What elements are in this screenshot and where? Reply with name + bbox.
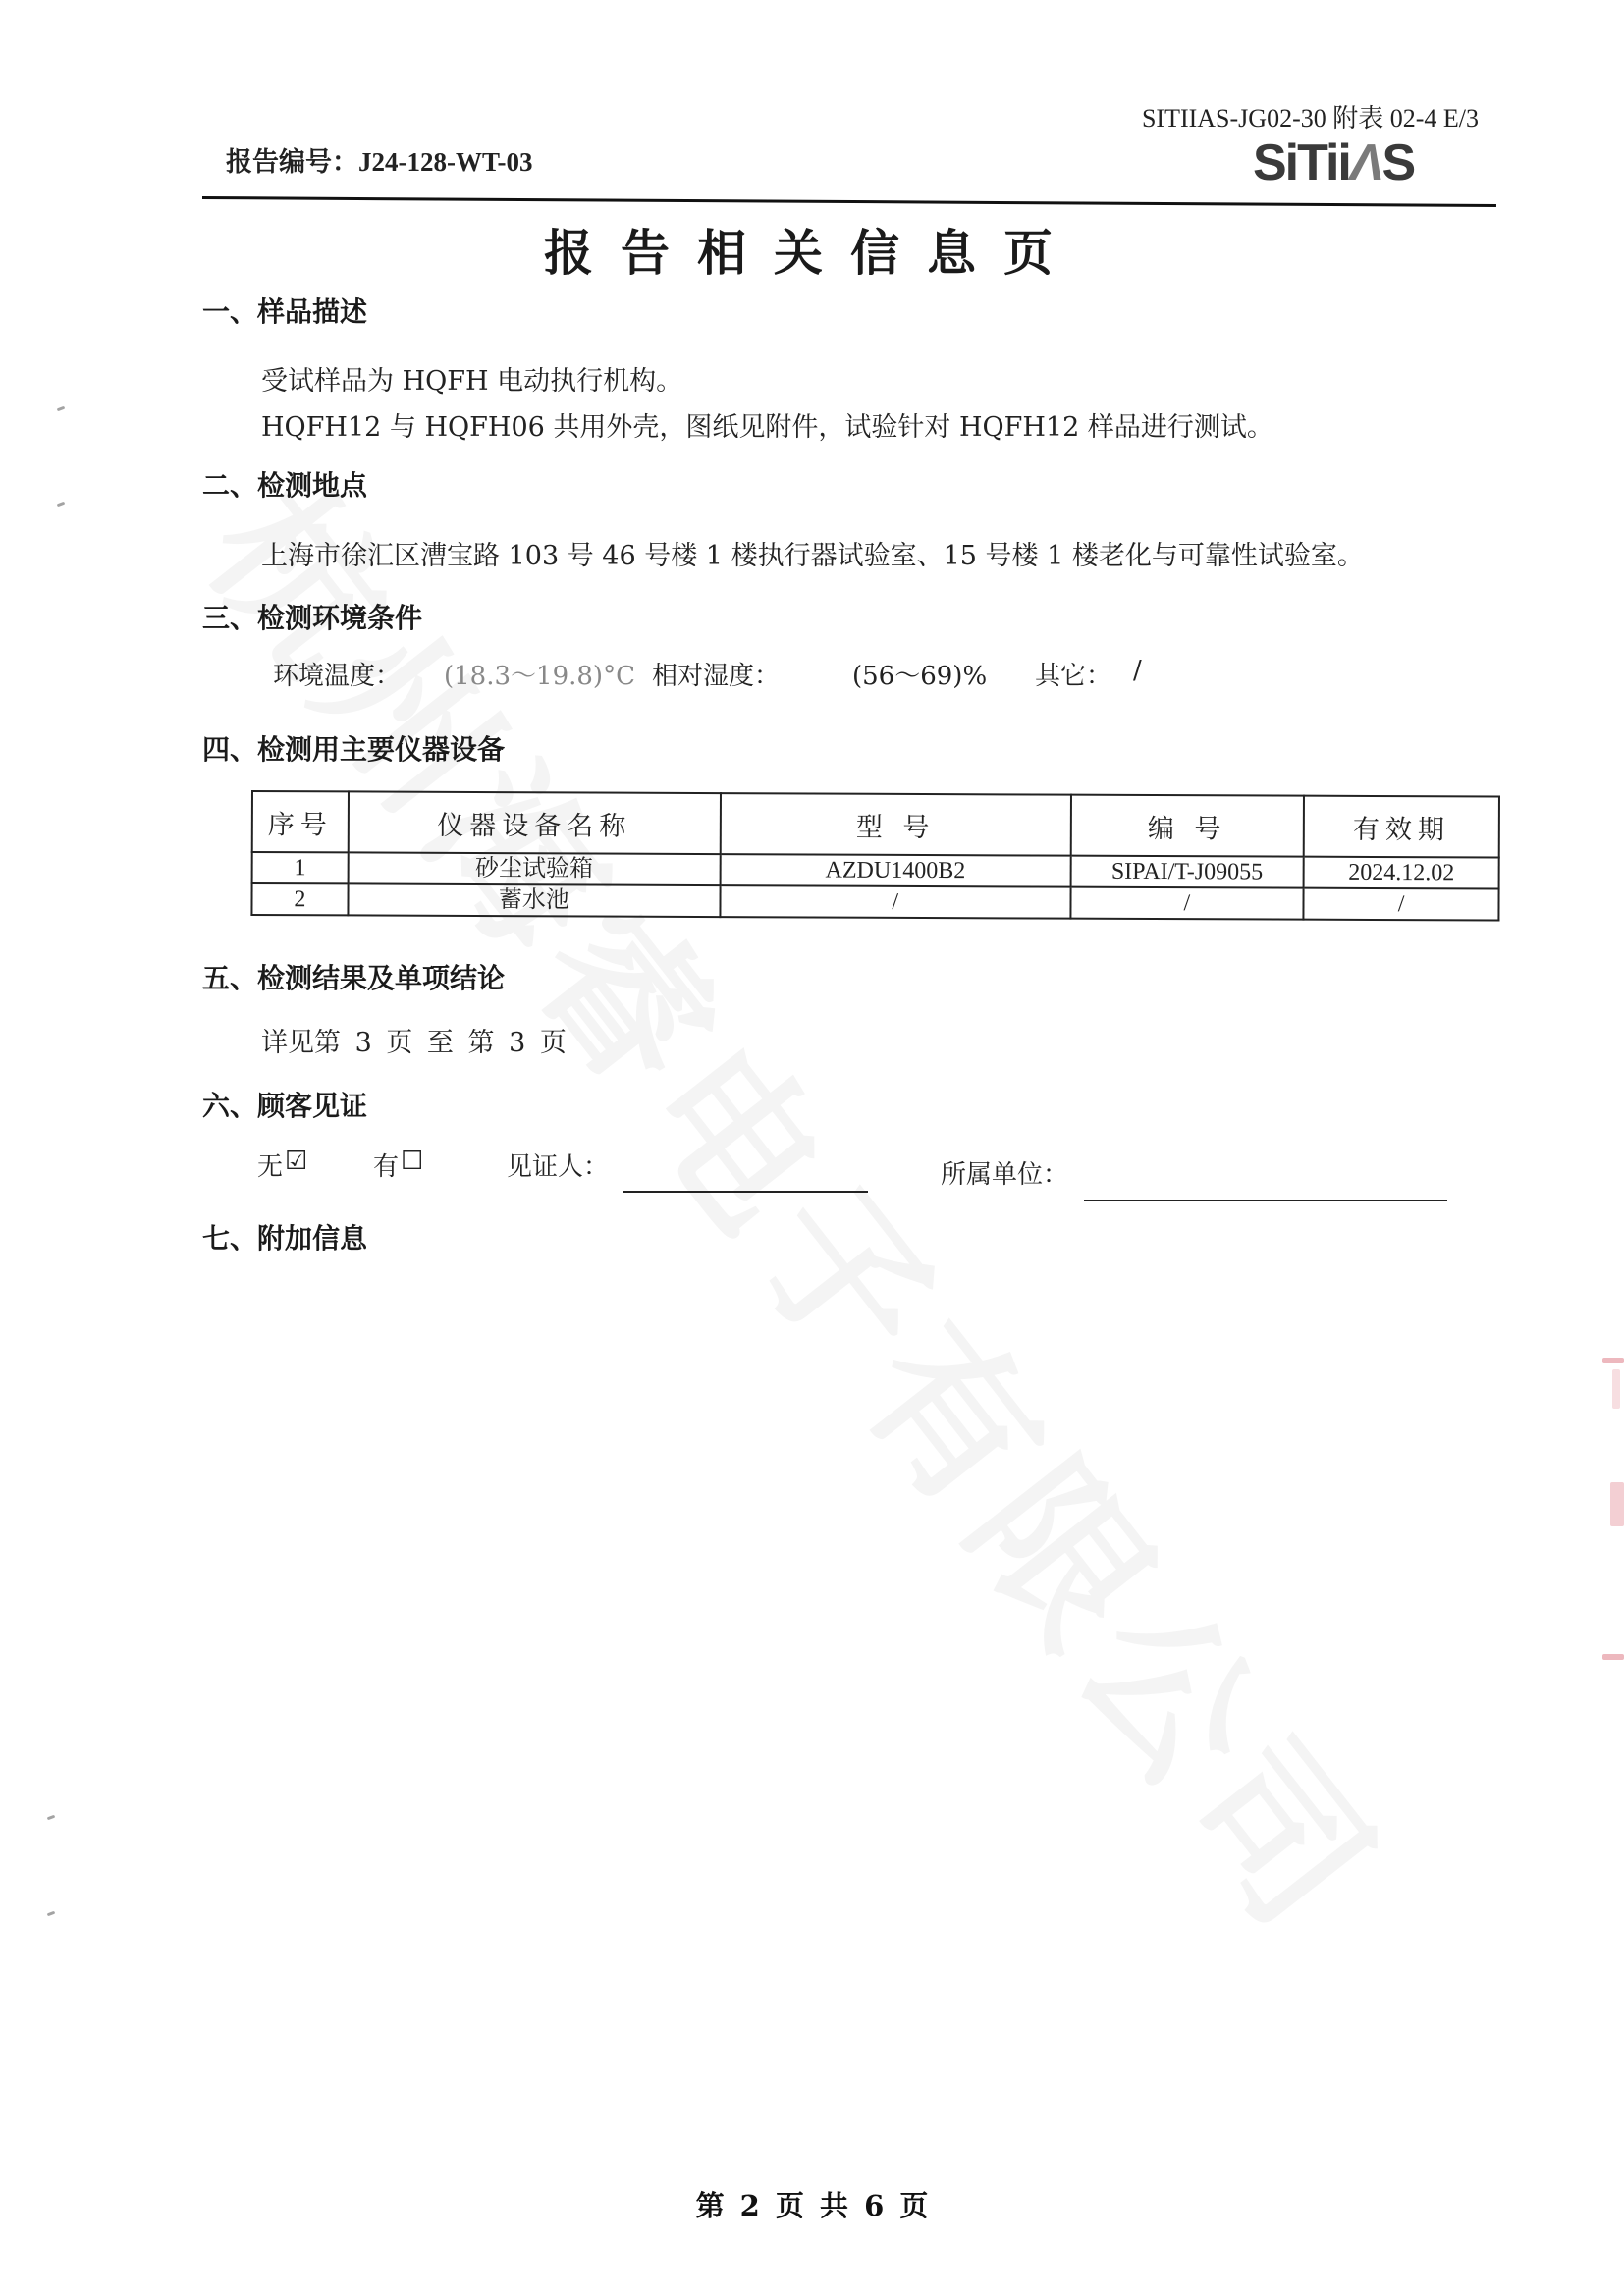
sample-description-line-2: HQFH12 与 HQFH06 共用外壳，图纸见附件，试验针对 HQFH12 样…	[261, 405, 1273, 444]
temperature-label: 环境温度：	[273, 656, 401, 692]
report-number: 报告编号：J24-128-WT-03	[226, 140, 533, 179]
results-reference-text: 详见第 3 页 至 第 3 页	[261, 1021, 567, 1059]
report-number-value: J24-128-WT-03	[358, 147, 533, 177]
cell-model: /	[720, 885, 1070, 919]
scan-speck	[47, 1815, 56, 1821]
section-heading-additional-info: 七、附加信息	[202, 1217, 367, 1256]
witness-person-field[interactable]	[623, 1147, 868, 1176]
column-header-name: 仪器设备名称	[349, 791, 721, 854]
cell-model: AZDU1400B2	[721, 854, 1071, 887]
witness-person-label: 见证人：	[507, 1147, 609, 1183]
cell-validity: /	[1304, 888, 1499, 921]
stamp-edge-mark	[1612, 1369, 1620, 1409]
sample-description-line-1: 受试样品为 HQFH 电动执行机构。	[261, 359, 682, 398]
witness-yes-label: 有	[373, 1147, 399, 1183]
table-header-row: 序号 仪器设备名称 型 号 编 号 有效期	[252, 791, 1499, 858]
column-header-model: 型 号	[721, 793, 1071, 856]
equipment-table: 序号 仪器设备名称 型 号 编 号 有效期 1 砂尘试验箱 AZDU1400B2…	[250, 790, 1500, 922]
other-label: 其它：	[1035, 656, 1111, 692]
logo-accent-icon: Λ	[1350, 134, 1382, 191]
witness-unit-label: 所属单位：	[941, 1154, 1068, 1191]
section-heading-witness: 六、顾客见证	[202, 1085, 367, 1124]
cell-name: 砂尘试验箱	[348, 852, 720, 885]
sitiias-logo: SiTiiΛS	[1253, 137, 1414, 188]
cell-name: 蓄水池	[348, 883, 720, 917]
logo-suffix: S	[1382, 134, 1415, 191]
temperature-value: (18.3～19.8)°C	[444, 656, 635, 692]
cell-serial: SIPAI/T-J09055	[1070, 856, 1304, 888]
section-heading-equipment: 四、检测用主要仪器设备	[202, 728, 505, 768]
report-number-label: 报告编号：	[226, 147, 358, 178]
cell-index: 1	[252, 852, 349, 883]
humidity-label: 相对湿度：	[652, 656, 780, 692]
witness-person-underline	[623, 1191, 868, 1193]
table-row: 2 蓄水池 / / /	[251, 883, 1498, 921]
header-divider	[202, 196, 1496, 207]
cell-serial: /	[1070, 887, 1304, 920]
stamp-edge-mark	[1610, 1482, 1624, 1526]
other-value: /	[1133, 656, 1142, 685]
witness-unit-underline	[1084, 1200, 1447, 1201]
form-code: SITIIAS-JG02-30 附表 02-4 E/3	[1142, 98, 1479, 134]
cell-validity: 2024.12.02	[1304, 857, 1499, 889]
page-title: 报告相关信息页	[0, 214, 1624, 285]
witness-none-label: 无	[257, 1147, 283, 1183]
page-number: 第 2 页 共 6 页	[0, 2184, 1624, 2224]
column-header-index: 序号	[252, 791, 349, 852]
column-header-validity: 有效期	[1304, 796, 1499, 858]
section-heading-location: 二、检测地点	[202, 464, 367, 504]
witness-none-checkbox[interactable]: ☑	[285, 1147, 307, 1176]
test-location-text: 上海市徐汇区漕宝路 103 号 46 号楼 1 楼执行器试验室、15 号楼 1 …	[261, 534, 1364, 572]
stamp-edge-mark	[1602, 1654, 1624, 1660]
section-heading-sample: 一、样品描述	[202, 291, 367, 330]
cell-index: 2	[251, 883, 348, 915]
stamp-edge-mark	[1602, 1358, 1624, 1363]
witness-unit-field[interactable]	[1084, 1147, 1447, 1176]
humidity-value: (56～69)%	[852, 656, 987, 692]
column-header-serial: 编 号	[1070, 795, 1304, 857]
section-heading-environment: 三、检测环境条件	[202, 597, 422, 636]
scan-speck	[57, 406, 66, 412]
scan-speck	[57, 502, 66, 507]
scan-speck	[47, 1911, 56, 1917]
section-heading-results: 五、检测结果及单项结论	[202, 957, 505, 996]
logo-prefix: SiTii	[1253, 134, 1350, 191]
witness-yes-checkbox[interactable]: ☐	[401, 1147, 423, 1176]
